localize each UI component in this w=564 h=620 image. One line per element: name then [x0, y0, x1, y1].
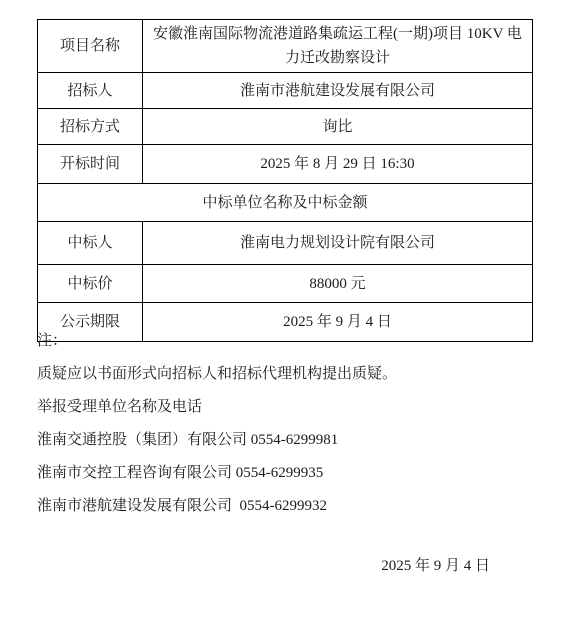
note-report-heading: 举报受理单位名称及电话: [37, 391, 537, 424]
row-value-tenderer: 淮南市港航建设发展有限公司: [143, 73, 533, 109]
bid-info-table: 项目名称 安徽淮南国际物流港道路集疏运工程(一期)项目 10KV 电力迁改勘察设…: [37, 19, 533, 342]
contact-line-2: 淮南市交控工程咨询有限公司 0554-6299935: [37, 457, 537, 490]
table-row-project-name: 项目名称 安徽淮南国际物流港道路集疏运工程(一期)项目 10KV 电力迁改勘察设…: [38, 20, 533, 73]
contact-line-3: 淮南市港航建设发展有限公司 0554-6299932: [37, 490, 537, 523]
row-value-winner: 淮南电力规划设计院有限公司: [143, 222, 533, 265]
note-heading: 注：: [37, 325, 537, 358]
table-row-winner: 中标人 淮南电力规划设计院有限公司: [38, 222, 533, 265]
row-label-winner: 中标人: [38, 222, 143, 265]
row-value-project-name: 安徽淮南国际物流港道路集疏运工程(一期)项目 10KV 电力迁改勘察设计: [143, 20, 533, 73]
section-header-cell: 中标单位名称及中标金额: [38, 184, 533, 222]
row-label-project-name: 项目名称: [38, 20, 143, 73]
row-label-tenderer: 招标人: [38, 73, 143, 109]
row-value-bid-method: 询比: [143, 109, 533, 145]
row-label-opening-time: 开标时间: [38, 145, 143, 184]
table-row-opening-time: 开标时间 2025 年 8 月 29 日 16:30: [38, 145, 533, 184]
contact-line-1: 淮南交通控股（集团）有限公司 0554-6299981: [37, 424, 537, 457]
table-row-bid-method: 招标方式 询比: [38, 109, 533, 145]
table-row-winning-price: 中标价 88000 元: [38, 265, 533, 303]
row-value-opening-time: 2025 年 8 月 29 日 16:30: [143, 145, 533, 184]
announcement-date: 2025 年 9 月 4 日: [381, 550, 490, 583]
bid-announcement-page: 项目名称 安徽淮南国际物流港道路集疏运工程(一期)项目 10KV 电力迁改勘察设…: [0, 0, 564, 620]
note-objection-line: 质疑应以书面形式向招标人和招标代理机构提出质疑。: [37, 358, 537, 391]
table-row-section-header: 中标单位名称及中标金额: [38, 184, 533, 222]
row-label-bid-method: 招标方式: [38, 109, 143, 145]
table-row-tenderer: 招标人 淮南市港航建设发展有限公司: [38, 73, 533, 109]
row-label-winning-price: 中标价: [38, 265, 143, 303]
row-value-winning-price: 88000 元: [143, 265, 533, 303]
notes-section: 注： 质疑应以书面形式向招标人和招标代理机构提出质疑。 举报受理单位名称及电话 …: [37, 325, 537, 523]
